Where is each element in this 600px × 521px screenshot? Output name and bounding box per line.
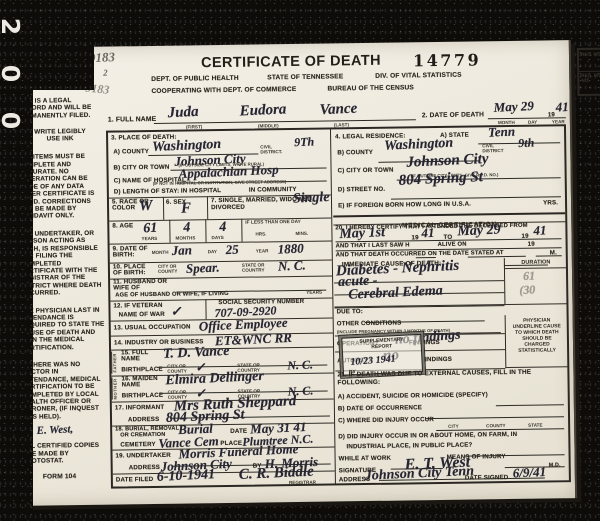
field-injury-home-farm: D) DID INJURY OCCUR IN OR ABOUT HOME, ON… [336,428,568,453]
spouse-years-sub: YEARS [306,290,322,295]
dob-year-sub: YEAR [256,248,269,253]
film-frame-number: 2 0 0 [2,14,19,155]
war-name-label: NAME OF WAR [119,311,165,319]
attended-from-year: 41 [421,226,435,240]
duration-box: DURATION 61 (30 [504,257,568,304]
hrs-sub: HRS. [255,231,266,236]
dod-year-value: 41 [555,100,569,114]
length-of-stay-label: D) LENGTH OF STAY: [114,188,180,196]
form-number: FORM 104 [43,473,77,480]
dob-month-value: Jan [171,243,192,257]
dept-public-health: DEPT. OF PUBLIC HEALTH [151,75,239,83]
certificate-card: THIS IS A LEGAL RECORD AND WILL BE PERMA… [13,40,577,506]
registration-box: REG. NO. 192 REG. DIST. NO. 911 [577,47,600,96]
mins-sub: MINS. [295,231,308,236]
stamp-date: 10/23 1941 [350,354,396,368]
residence-street-label: D) STREET NO. [338,186,385,194]
age-years-value: 61 [143,222,158,237]
date-filed-label: DATE FILED [116,476,154,484]
state-of-tennessee: STATE OF TENNESSEE [267,73,343,81]
duration-label: DURATION [505,259,567,269]
death-occurred-m: M. [550,249,557,256]
duration-value-1: 61 [523,269,536,282]
field-legal-residence: 4. LEGAL RESIDENCE: A) STATE Tenn B) COU… [332,126,565,217]
veteran-check: ✓ [170,304,181,317]
pob-city-sub: CITY OR COUNTY [158,264,180,274]
field-external-causes: 21. IF DEATH WAS DUE TO EXTERNAL CAUSES,… [335,366,567,391]
certificate-number: 14779 [413,50,481,70]
veteran-label: 12. IF VETERAN [113,302,162,310]
fullname-label: 1. FULL NAME [108,116,157,124]
reg-no-label: REG. NO. [581,52,600,57]
injury-home-label2: INDUSTRIAL PLACE, IN PUBLIC PLACE? [346,442,472,451]
bureau-census: BUREAU OF THE CENSUS [327,84,414,92]
while-at-work-label: WHILE AT WORK [339,455,392,463]
due-to-label: DUE TO: [336,308,362,315]
informant-address-label: ADDRESS [128,416,159,423]
age-months-value: 4 [183,221,191,235]
in-hospital-label: IN HOSPITAL [181,187,221,195]
undertaker-address-label: ADDRESS [129,464,160,471]
civil-district-label: CIVIL DISTRICT. [260,144,286,154]
dob-year-value: 1880 [277,241,304,255]
dod-year-printed: 19 [548,111,555,118]
mother-birthplace-label: BIRTHPLACE [122,392,163,400]
registrar-label: REGISTRAR [289,480,316,485]
reg-dist-label: REG. DIST. NO. [581,73,600,83]
residence-city-label: C) CITY OR TOWN [338,167,394,175]
right-column: 4. LEGAL RESIDENCE: A) STATE Tenn B) COU… [332,126,569,483]
fullname-middle: Eudora [239,102,286,119]
other-conditions-label: OTHER CONDITIONS [337,320,402,328]
injury-state-sub: STATE [528,423,542,428]
residence-street-value: 804 Spring St [398,170,483,189]
injury-location-label: C) WHERE DID INJURY OCCUR [338,416,434,424]
instruction-paragraph: ALL CERTIFIED COPIES ARE MADE BY PHOTOST… [22,442,106,465]
certificate-header: CERTIFICATE OF DEATH 14779 DEPT. OF PUBL… [105,42,570,106]
spouse-age-label: AGE OF HUSBAND OR WIFE, IF LIVING [115,291,229,299]
injury-city-sub: CITY [448,424,459,429]
address-value: Johnson City Tenn [365,465,475,484]
date-signed-value: 6/9/41 [513,465,547,479]
injury-county-sub: COUNTY [486,423,505,428]
frame-digit: 0 [0,112,23,129]
external-causes-header: 21. IF DEATH WAS DUE TO EXTERNAL CAUSES,… [337,368,557,387]
microfilm-scan: THIS IS A LEGAL RECORD AND WILL BE PERMA… [0,0,600,521]
mother-name-label: 16. MAIDEN NAME [121,376,159,389]
age-label: 8. AGE [112,222,133,229]
pob-state-sub: STATE OR COUNTRY [242,262,266,272]
age-months-sub: MONTHS [175,235,195,240]
occurrence-date-label: B) DATE OF OCCURRENCE [338,404,422,412]
left-column: 3. PLACE OF DEATH: A) COUNTY Washington … [108,129,336,486]
frame-digit: 0 [0,65,23,82]
field-attended: 20. I HEREBY CERTIFY THAT I ATTENDED THE… [333,221,565,260]
age-days-value: 4 [219,221,227,235]
father-bp-state-value: N. C. [287,358,313,371]
father-name-label: 15. FULL NAME [121,350,155,362]
residence-county-label: B) COUNTY [337,149,373,156]
residence-district-value: 9th [518,136,535,149]
civil-district-value: 9Th [294,135,315,148]
field-physician-address: ADDRESS Johnson City Tenn DATE SIGNED 6/… [337,472,569,483]
dob-day-value: 25 [225,243,239,257]
autopsy-findings-label: FINDINGS [421,356,452,363]
cemetery-label: CEMETERY [120,441,155,448]
city-town-label: B) CITY OR TOWN [113,164,169,172]
occupation-label: 13. USUAL OCCUPATION [114,323,191,331]
spouse-label: 11. HUSBAND OR WIFE OF [113,279,173,292]
attended-from-value: May 1st [339,226,385,242]
instruction-paragraph: IF THERE WAS NO DOCTOR IN ATTENDANCE, ME… [21,361,106,421]
field-place-of-death: 3. PLACE OF DEATH: A) COUNTY Washington … [108,129,331,198]
alive-on-label: ALIVE ON [438,242,467,248]
form-grid: 3. PLACE OF DEATH: A) COUNTY Washington … [106,124,571,488]
foreign-born-label: E) IF FOREIGN BORN HOW LONG IN U.S.A. [338,201,471,210]
informant-label: 17. INFORMANT [115,404,164,412]
less-than-day-label: IF LESS THAN ONE DAY [245,220,301,226]
duration-value-2: (30 [519,283,536,296]
fullname-last: Vance [319,102,357,119]
last-saw-label: AND THAT I LAST SAW H [336,242,410,249]
cooperating-commerce: COOPERATING WITH DEPT. OF COMMERCE [151,86,296,95]
instruction-paragraph: THE PHYSICIAN LAST IN ATTENDANCE IS REQU… [20,306,105,352]
father-side-label: FATHER [111,351,119,373]
pob-city-value: Spear. [186,261,220,276]
field-date-filed: DATE FILED 6-10-1941 C. R. Biddle REGIST… [113,470,335,486]
age-days-sub: DAYS [211,235,223,240]
alive-year-printed: 19 [528,241,535,248]
physician-box-text: PHYSICIAN UNDERLINE CAUSE TO WHICH DEATH… [509,317,565,354]
pob-state-value: N. C. [278,258,306,272]
race-value: W [139,199,153,215]
field-immediate-cause: IMMEDIATE CAUSE OF DEATH: Diabetes - Nep… [334,257,567,307]
sex-value: F [181,201,192,216]
attended-to-year: 41 [533,223,547,237]
date-of-death-label: 2. DATE OF DEATH [422,111,484,119]
residence-city-value: Johnson City [406,152,489,171]
date-of-death-value: May 29 [493,99,534,114]
pob-label: 10. PLACE OF BIRTH: [113,264,153,277]
foreign-born-yrs: YRS. [543,199,558,206]
mother-side-label: MOTHER [111,377,119,399]
injury-home-label1: D) DID INJURY OCCUR IN OR ABOUT HOME, ON… [338,431,517,440]
date-filed-value: 6-10-1941 [157,468,216,485]
certificate-title: CERTIFICATE OF DEATH [201,53,381,72]
accident-label: A) ACCIDENT, SUICIDE OR HOMICIDE (SPECIF… [338,391,488,400]
date-signed-label: DATE SIGNED [465,474,509,482]
hospital-note: (IF NOT IN HOSPITAL OR INSTITUTION, GIVE… [153,179,287,186]
physician-underline-box: PHYSICIAN UNDERLINE CAUSE TO WHICH DEATH… [505,314,569,368]
father-birthplace-label: BIRTHPLACE [121,366,162,374]
frame-digit: 2 [0,18,23,35]
age-years-sub: YEARS [141,236,157,241]
fullname-first: Juda [167,105,198,121]
dob-label: 9. DATE OF BIRTH: [113,246,149,259]
dob-month-sub: MONTH [152,250,169,255]
attended-to-value: May 29 [457,223,501,239]
marital-value: Single [293,191,330,207]
in-community-label: IN COMMUNITY [249,186,297,194]
dob-day-sub: DAY [208,249,217,254]
div-vital-statistics: DIV. OF VITAL STATISTICS [375,72,461,80]
county-label: A) COUNTY [113,148,149,155]
md-label: M.D. [549,462,561,468]
